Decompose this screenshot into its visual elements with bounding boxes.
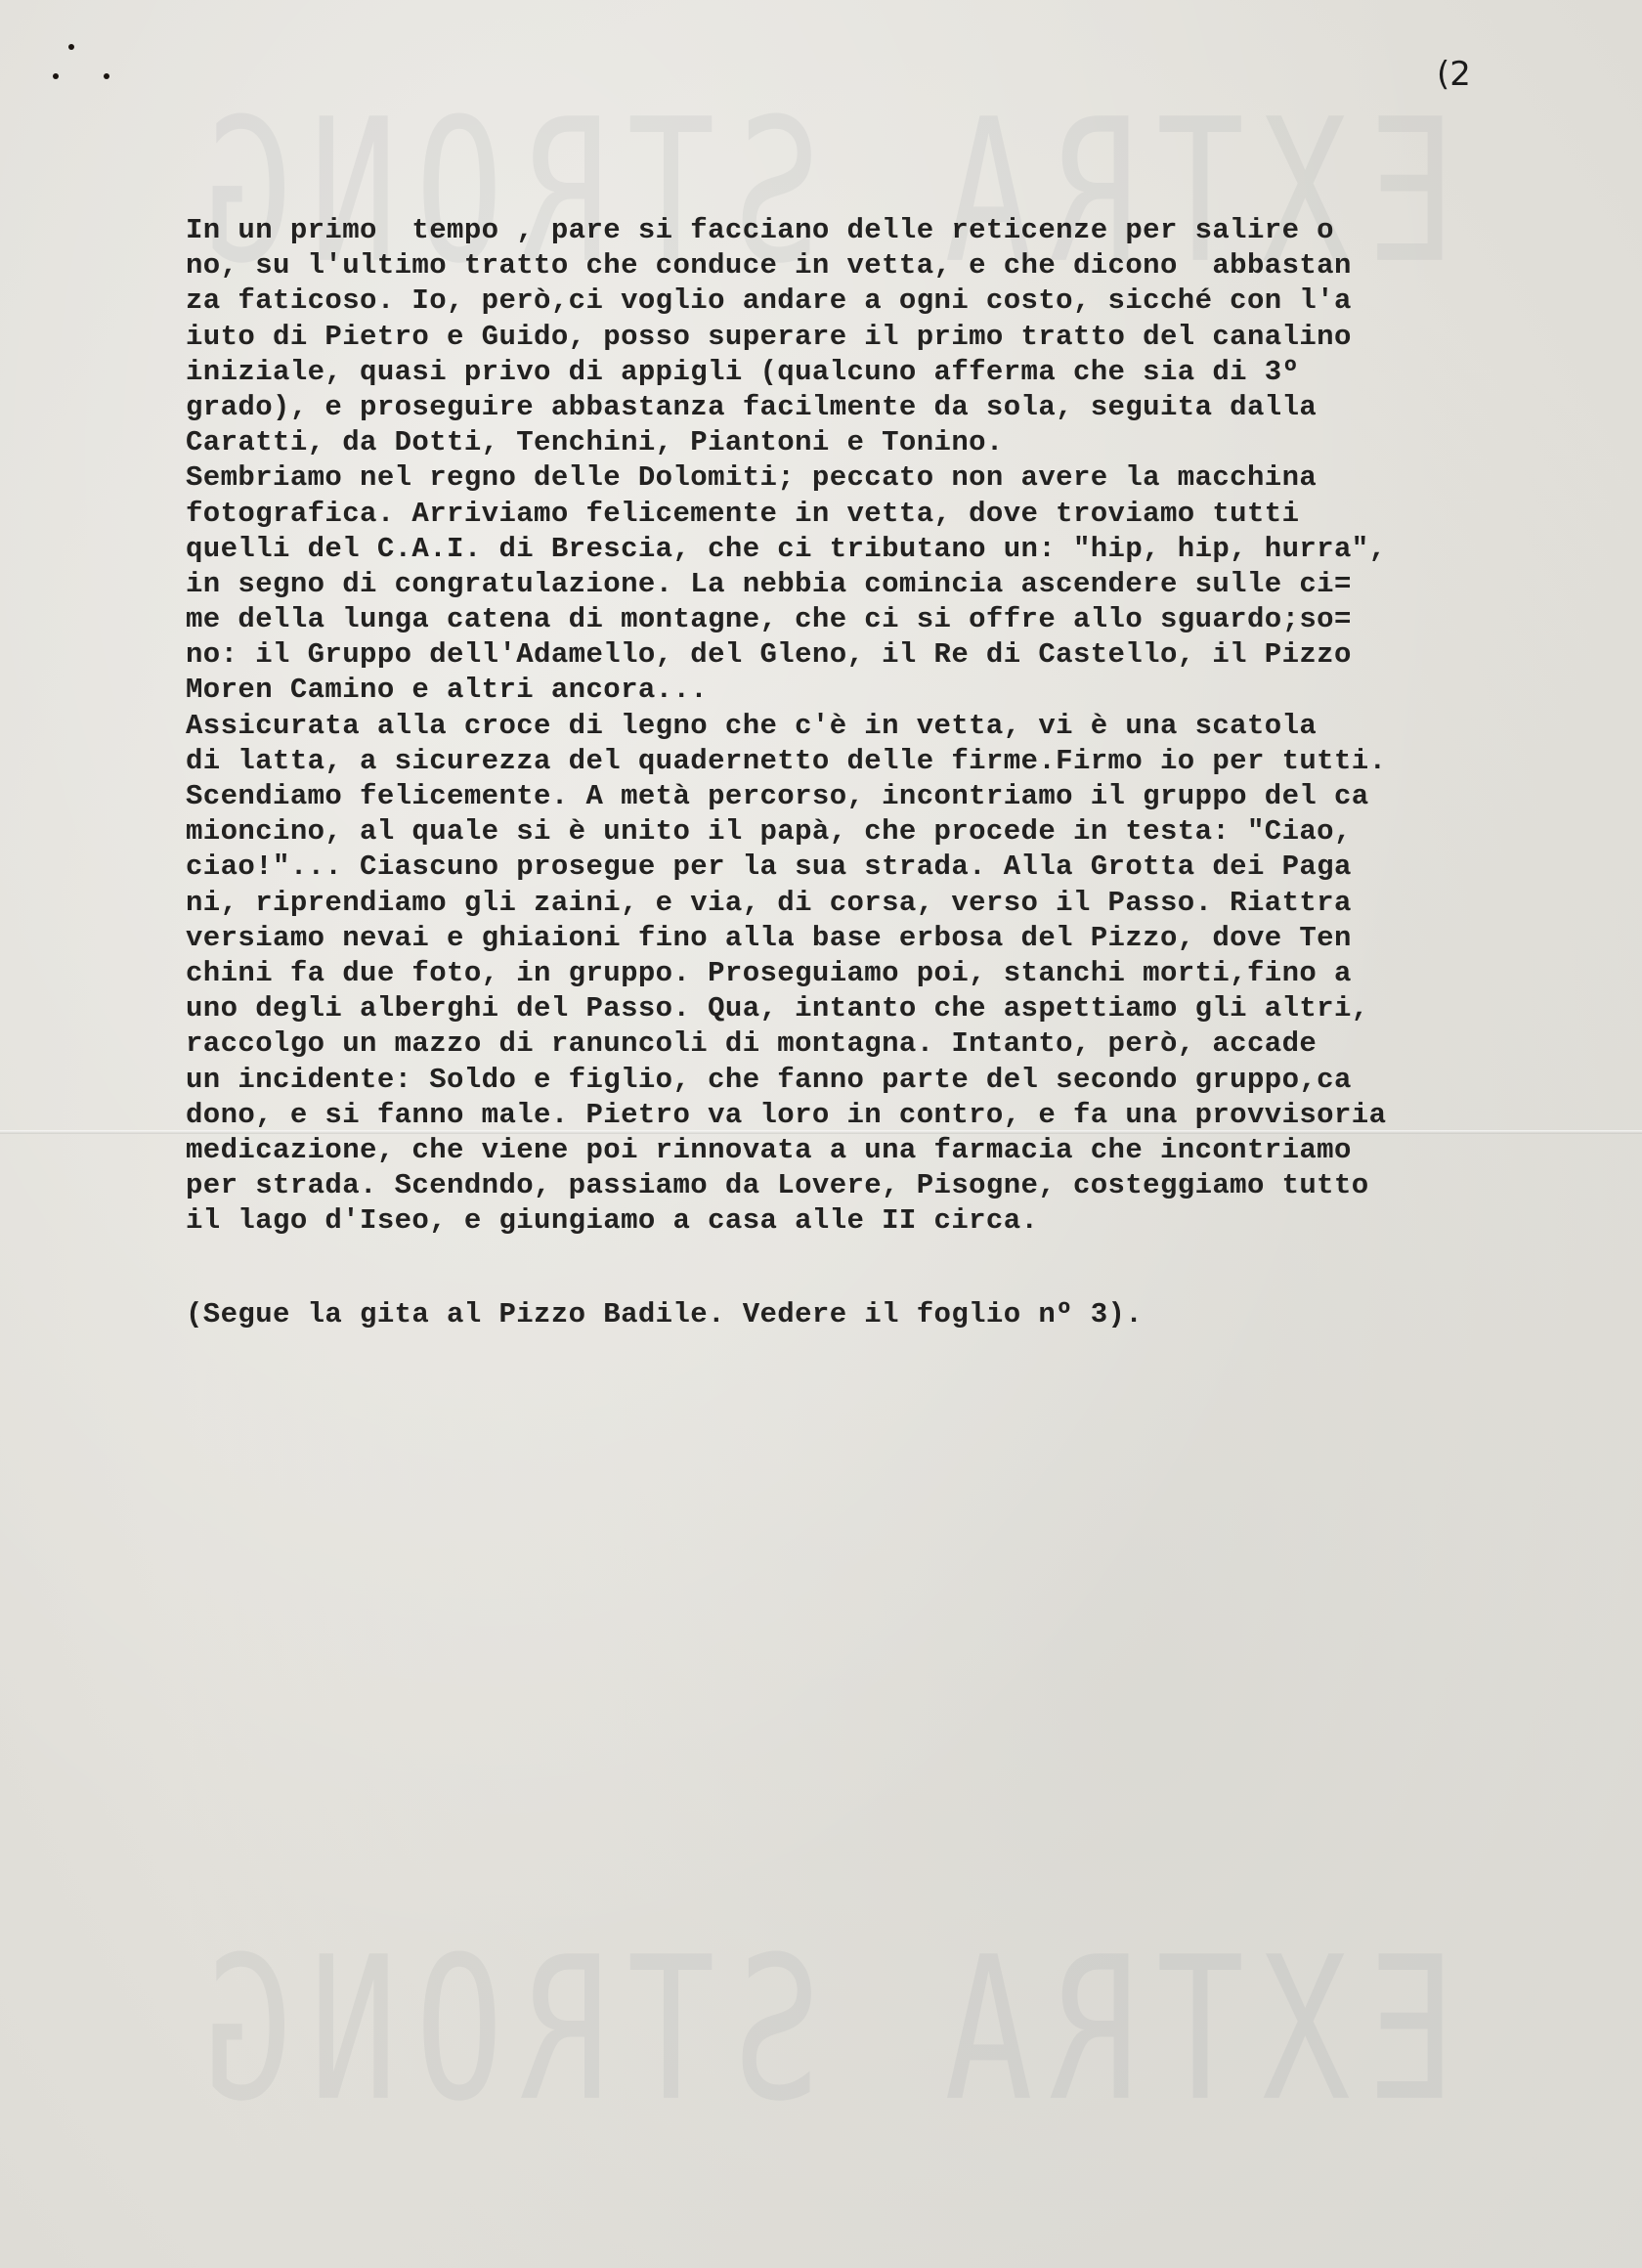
text-line: uno degli alberghi del Passo. Qua, intan… — [186, 991, 1554, 1026]
text-line: versiamo nevai e ghiaioni fino alla base… — [186, 921, 1554, 956]
text-line: quelli del C.A.I. di Brescia, che ci tri… — [186, 532, 1554, 567]
text-line: il lago d'Iseo, e giungiamo a casa alle … — [186, 1203, 1554, 1239]
typed-body-text: In un primo tempo , pare si facciano del… — [186, 213, 1554, 1239]
text-line: iuto di Pietro e Guido, posso superare i… — [186, 320, 1554, 355]
typewritten-page: EXTRA STRONG EXTRA STRONG (2 In un primo… — [0, 0, 1642, 2268]
text-line: un incidente: Soldo e figlio, che fanno … — [186, 1063, 1554, 1098]
text-line: no, su l'ultimo tratto che conduce in ve… — [186, 248, 1554, 283]
text-line: Caratti, da Dotti, Tenchini, Piantoni e … — [186, 425, 1554, 460]
hole-mark — [68, 44, 74, 50]
text-line: me della lunga catena di montagne, che c… — [186, 602, 1554, 637]
text-line: per strada. Scendndo, passiamo da Lovere… — [186, 1168, 1554, 1203]
text-line: fotografica. Arriviamo felicemente in ve… — [186, 497, 1554, 532]
text-line: Scendiamo felicemente. A metà percorso, … — [186, 779, 1554, 814]
text-line: Assicurata alla croce di legno che c'è i… — [186, 709, 1554, 744]
text-line: Sembriamo nel regno delle Dolomiti; pecc… — [186, 460, 1554, 496]
text-line: grado), e proseguire abbastanza facilmen… — [186, 390, 1554, 425]
text-line: za faticoso. Io, però,ci voglio andare a… — [186, 283, 1554, 319]
text-line: mioncino, al quale si è unito il papà, c… — [186, 814, 1554, 850]
page-number: (2 — [1437, 55, 1471, 94]
footer-note: (Segue la gita al Pizzo Badile. Vedere i… — [186, 1298, 1143, 1330]
hole-mark — [53, 73, 59, 79]
watermark-bottom: EXTRA STRONG — [0, 1916, 1642, 2146]
hole-mark — [104, 73, 109, 79]
text-line: di latta, a sicurezza del quadernetto de… — [186, 744, 1554, 779]
text-line: in segno di congratulazione. La nebbia c… — [186, 567, 1554, 602]
text-line: ciao!"... Ciascuno prosegue per la sua s… — [186, 850, 1554, 885]
text-line: no: il Gruppo dell'Adamello, del Gleno, … — [186, 637, 1554, 673]
text-line: raccolgo un mazzo di ranuncoli di montag… — [186, 1026, 1554, 1062]
text-line: dono, e si fanno male. Pietro va loro in… — [186, 1098, 1554, 1133]
text-line: iniziale, quasi privo di appigli (qualcu… — [186, 355, 1554, 390]
text-line: medicazione, che viene poi rinnovata a u… — [186, 1133, 1554, 1168]
text-line: chini fa due foto, in gruppo. Proseguiam… — [186, 956, 1554, 991]
text-line: Moren Camino e altri ancora... — [186, 673, 1554, 708]
text-line: In un primo tempo , pare si facciano del… — [186, 213, 1554, 248]
text-line: ni, riprendiamo gli zaini, e via, di cor… — [186, 886, 1554, 921]
